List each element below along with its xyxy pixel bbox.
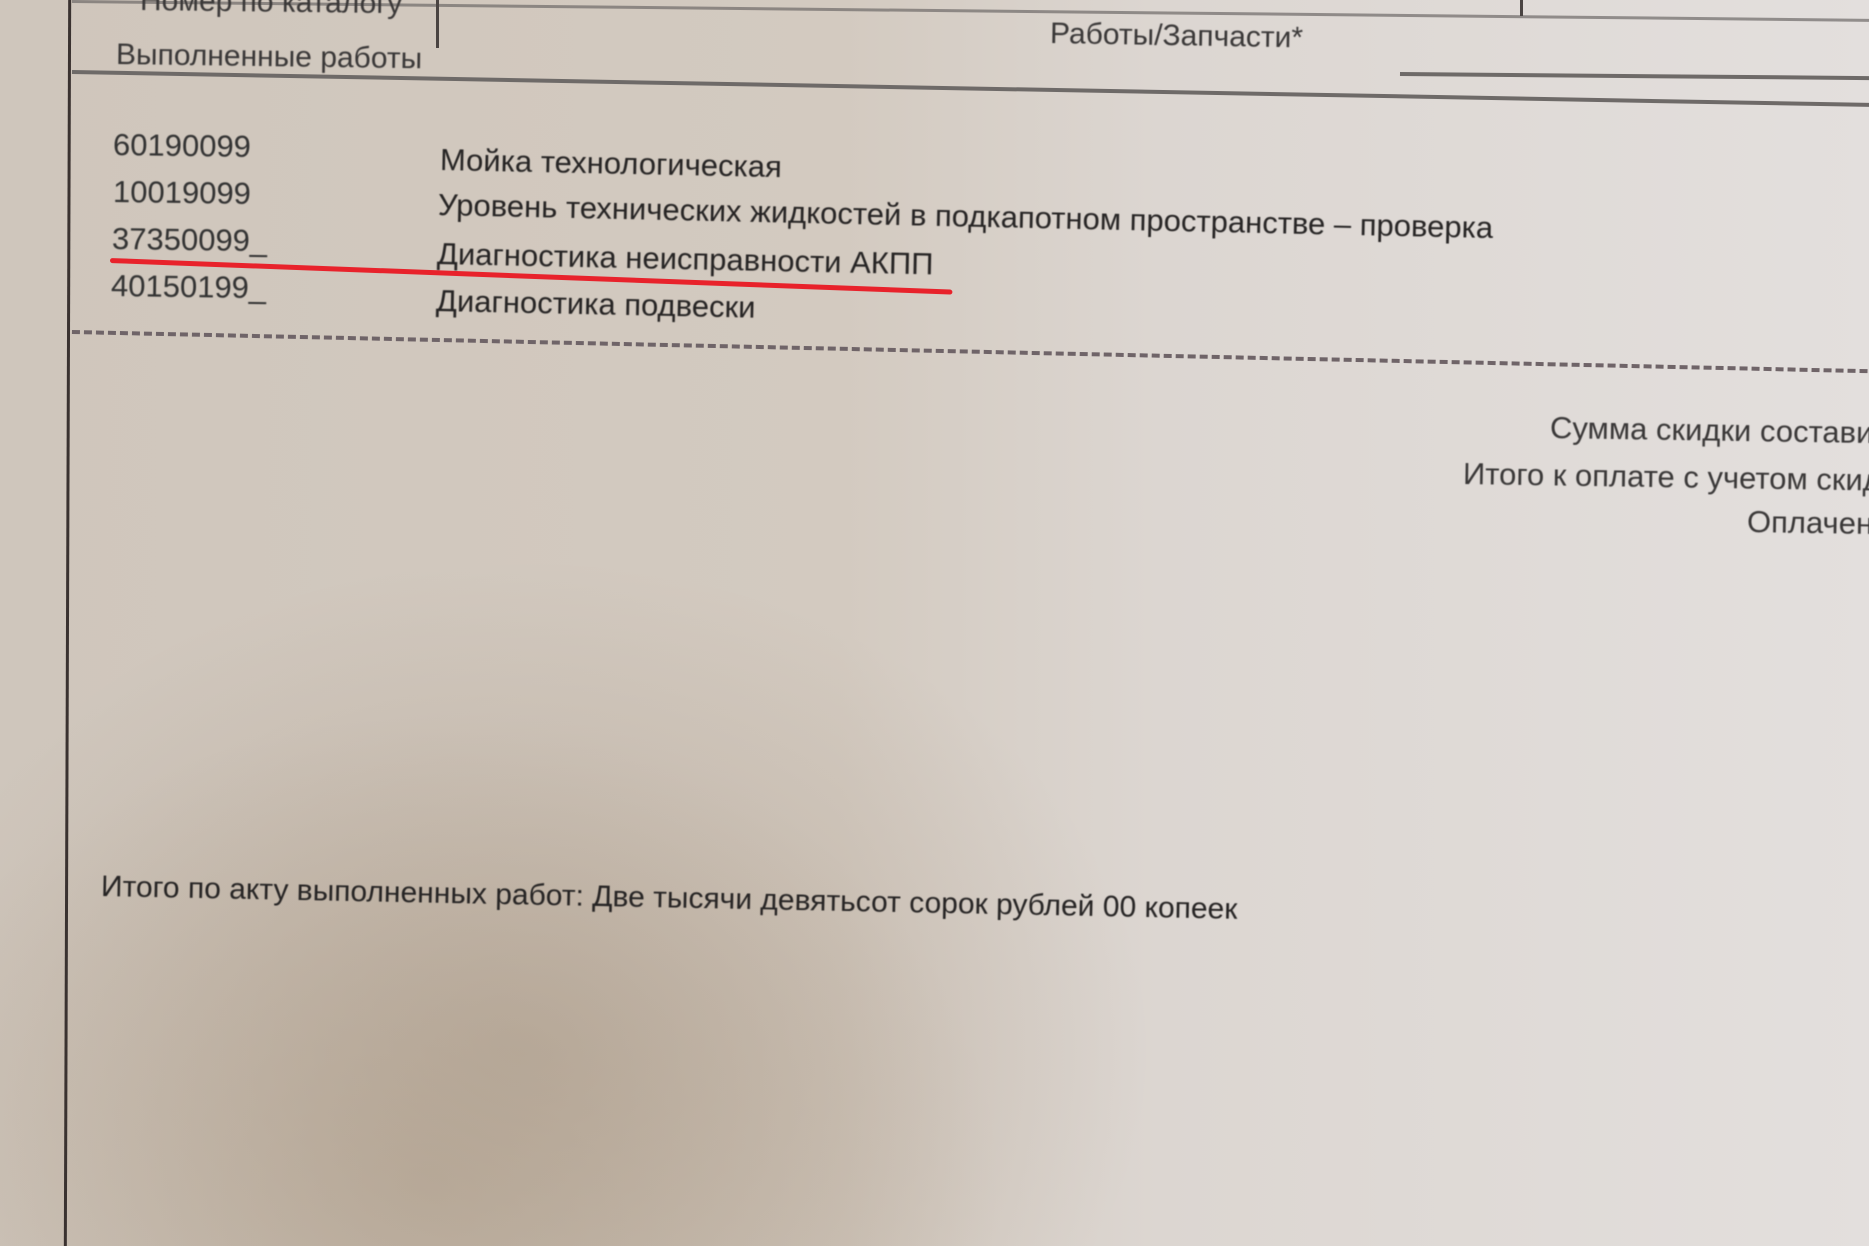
column-divider <box>436 0 439 48</box>
works-parts-header: Работы/Запчасти* <box>1050 17 1304 55</box>
total-with-discount-label: Итого к оплате с учетом скидк <box>1463 456 1869 499</box>
column-divider-right <box>1520 0 1523 16</box>
section-title: Выполненные работы <box>116 38 423 76</box>
work-description: Мойка технологическая <box>440 142 783 185</box>
work-code: 37350099_ <box>112 221 268 259</box>
paid-label: Оплачен <box>1747 504 1869 542</box>
work-code: 40150199_ <box>111 268 267 306</box>
catalog-number-header: Номер по каталогу <box>140 0 403 21</box>
work-code: 10019099 <box>113 174 251 212</box>
work-code: 60190099 <box>113 127 251 165</box>
work-description: Диагностика подвески <box>436 283 756 326</box>
discount-label: Сумма скидки составил <box>1550 410 1869 451</box>
